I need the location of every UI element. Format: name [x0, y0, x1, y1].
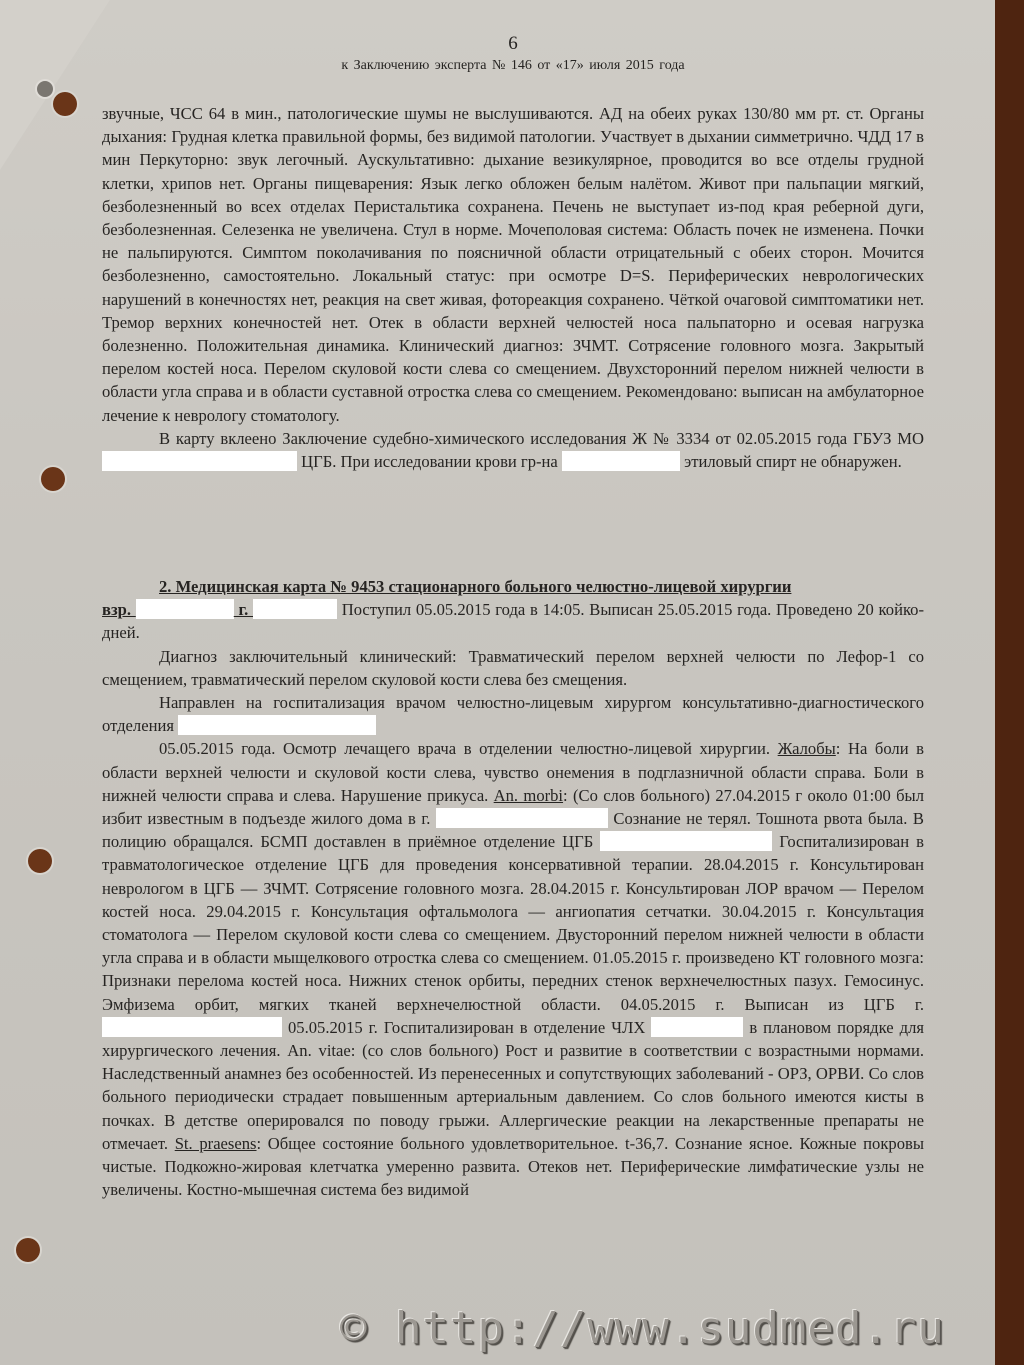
punch-hole [41, 467, 65, 491]
redaction [102, 1017, 282, 1037]
page-number: 6 [102, 33, 924, 55]
section-1: звучные, ЧСС 64 в мин., патологические ш… [102, 102, 924, 473]
punch-hole [37, 81, 53, 97]
redaction [253, 599, 337, 619]
redaction [562, 451, 680, 471]
watermark: © http://www.sudmed.ru [340, 1303, 945, 1354]
st-praesens-label: St. praesens [175, 1134, 257, 1153]
redaction [436, 808, 608, 828]
paragraph-chem-analysis: В карту вклеено Заключение судебно-химич… [102, 427, 924, 473]
paragraph-admission: взр. г. Поступил 05.05.2015 года в 14:05… [102, 598, 924, 644]
redaction [178, 715, 376, 735]
complaints-label: Жалобы [778, 739, 836, 758]
paragraph-examination: 05.05.2015 года. Осмотр лечащего врача в… [102, 737, 924, 1201]
page-header: к Заключению эксперта № 146 от «17» июля… [102, 58, 924, 74]
redaction [651, 1017, 743, 1037]
punch-hole [28, 849, 52, 873]
redaction [600, 831, 772, 851]
redaction [102, 451, 297, 471]
an-morbi-label: An. morbi [494, 786, 563, 805]
paragraph-exam: звучные, ЧСС 64 в мин., патологические ш… [102, 102, 924, 427]
section-2: 2. Медицинская карта № 9453 стационарног… [102, 575, 924, 1201]
punch-hole [16, 1238, 40, 1262]
redaction [136, 599, 234, 619]
paragraph-diagnosis: Диагноз заключительный клинический: Трав… [102, 645, 924, 691]
punch-hole [53, 92, 77, 116]
section-title: 2. Медицинская карта № 9453 стационарног… [102, 575, 924, 598]
paragraph-referral: Направлен на госпитализация врачом челюс… [102, 691, 924, 737]
